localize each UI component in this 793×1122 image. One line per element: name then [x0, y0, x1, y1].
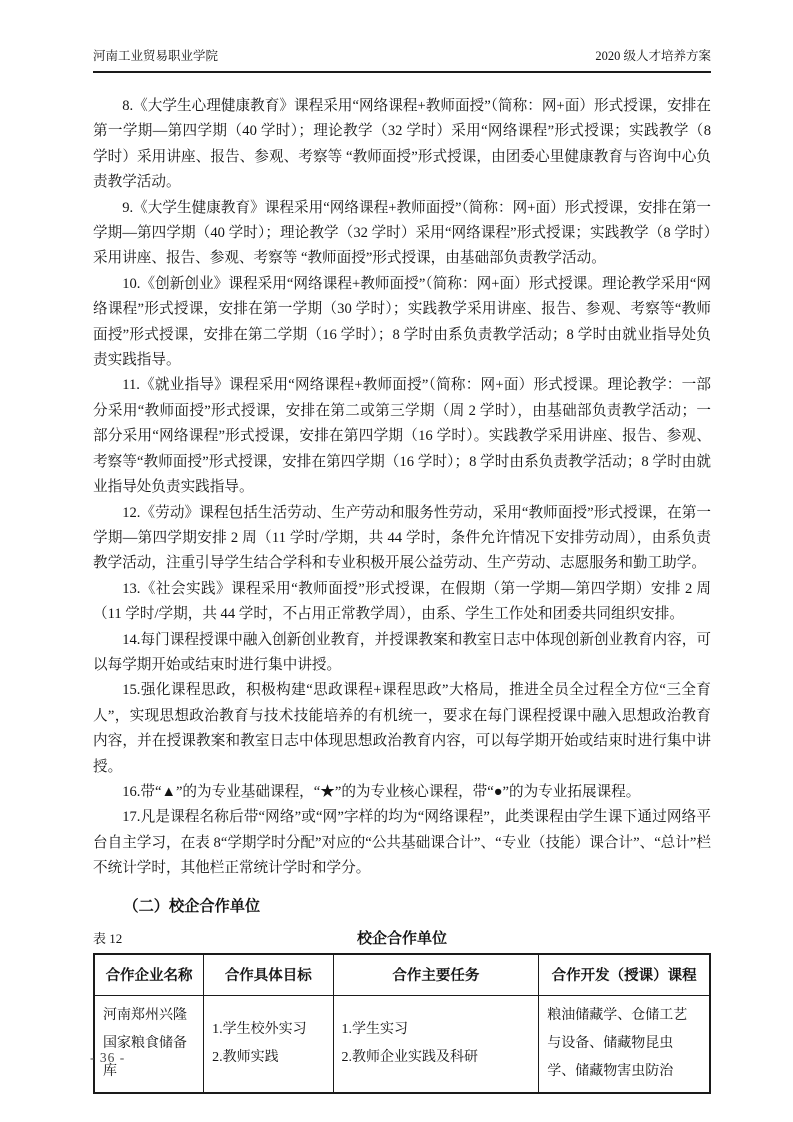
col-header-tasks: 合作主要任务 — [333, 954, 539, 996]
col-header-company: 合作企业名称 — [94, 954, 204, 996]
document-body: 8.《大学生心理健康教育》课程采用“网络课程+教师面授”（简称：网+面）形式授课… — [93, 94, 711, 1094]
table-header-row: 合作企业名称 合作具体目标 合作主要任务 合作开发（授课）课程 — [94, 954, 710, 996]
page-header: 河南工业贸易职业学院 2020 级人才培养方案 — [93, 46, 711, 73]
section-heading: （二）校企合作单位 — [93, 895, 711, 919]
paragraph-16: 16.带“▲”的为专业基础课程，“★”的为专业核心课程，带“●”的为专业拓展课程… — [93, 780, 711, 805]
header-plan-title: 2020 级人才培养方案 — [595, 46, 711, 64]
cell-tasks: 1.学生实习 2.教师企业实践及科研 — [333, 996, 539, 1093]
page-number: - 36 - — [90, 1050, 125, 1066]
paragraph-14: 14.每门课程授课中融入创新创业教育，并授课教案和教室日志中体现创新创业教育内容… — [93, 628, 711, 679]
paragraph-11: 11.《就业指导》课程采用“网络课程+教师面授”（简称：网+面）形式授课。理论教… — [93, 373, 711, 500]
table-row: 河南郑州兴隆国家粮食储备库 1.学生校外实习 2.教师实践 1.学生实习 2.教… — [94, 996, 710, 1093]
cell-goals: 1.学生校外实习 2.教师实践 — [204, 996, 333, 1093]
cooperation-table: 合作企业名称 合作具体目标 合作主要任务 合作开发（授课）课程 河南郑州兴隆国家… — [93, 953, 711, 1094]
paragraph-12: 12.《劳动》课程包括生活劳动、生产劳动和服务性劳动，采用“教师面授”形式授课，… — [93, 501, 711, 577]
table-caption-row: 表 12 校企合作单位 — [93, 928, 711, 950]
paragraph-10: 10.《创新创业》课程采用“网络课程+教师面授”（简称：网+面）形式授课。理论教… — [93, 272, 711, 374]
paragraph-15: 15.强化课程思政，积极构建“思政课程+课程思政”大格局，推进全员全过程全方位“… — [93, 678, 711, 780]
paragraph-13: 13.《社会实践》课程采用“教师面授”形式授课，在假期（第一学期—第四学期）安排… — [93, 577, 711, 628]
col-header-courses: 合作开发（授课）课程 — [539, 954, 710, 996]
page-content: 河南工业贸易职业学院 2020 级人才培养方案 8.《大学生心理健康教育》课程采… — [93, 46, 711, 1094]
document-page: 河南工业贸易职业学院 2020 级人才培养方案 8.《大学生心理健康教育》课程采… — [0, 0, 793, 1122]
paragraph-17: 17.凡是课程名称后带“网络”或“网”字样的均为“网络课程”，此类课程由学生课下… — [93, 805, 711, 881]
table-label: 表 12 — [93, 928, 122, 950]
header-school-name: 河南工业贸易职业学院 — [93, 46, 218, 64]
paragraph-9: 9.《大学生健康教育》课程采用“网络课程+教师面授”（简称：网+面）形式授课，安… — [93, 196, 711, 272]
col-header-goals: 合作具体目标 — [204, 954, 333, 996]
cell-company: 河南郑州兴隆国家粮食储备库 — [94, 996, 204, 1093]
paragraph-8: 8.《大学生心理健康教育》课程采用“网络课程+教师面授”（简称：网+面）形式授课… — [93, 94, 711, 196]
cell-courses: 粮油储藏学、仓储工艺与设备、储藏物昆虫学、储藏物害虫防治 — [539, 996, 710, 1093]
table-caption: 校企合作单位 — [357, 931, 447, 947]
